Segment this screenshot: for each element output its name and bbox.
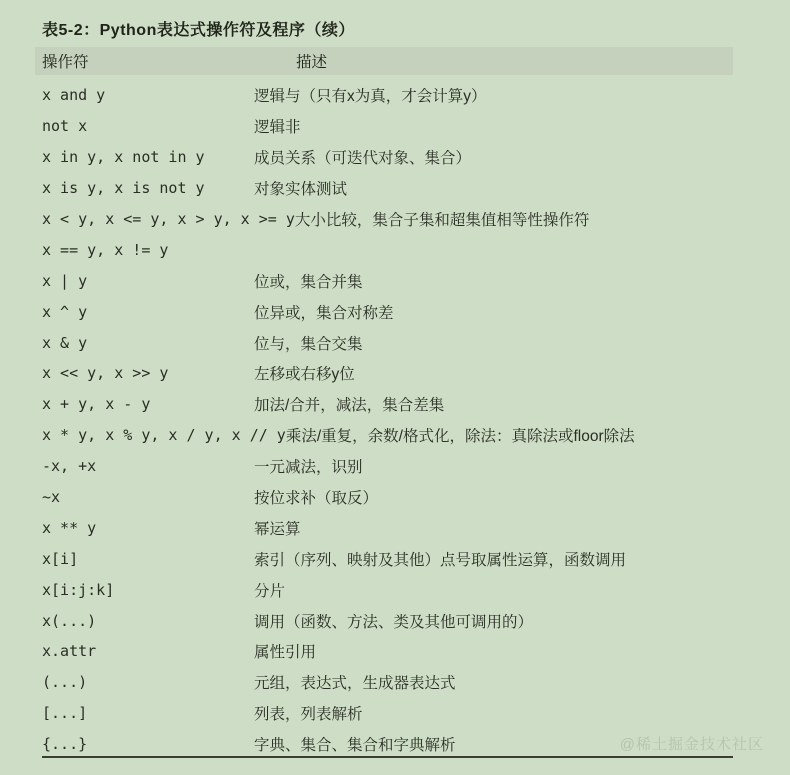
- table-row: x.attr属性引用: [0, 636, 790, 667]
- table-row: x ** y幂运算: [0, 512, 790, 543]
- operator-cell: x < y, x <= y, x > y, x >= y: [0, 210, 295, 228]
- description-cell: 逻辑非: [254, 115, 790, 137]
- description-cell: 调用（函数、方法、类及其他可调用的）: [254, 610, 790, 632]
- operator-cell: x + y, x - y: [0, 395, 254, 413]
- table-row: x < y, x <= y, x > y, x >= y大小比较，集合子集和超集…: [0, 204, 790, 235]
- description-cell: 位或，集合并集: [254, 270, 790, 292]
- table-body: x and y逻辑与（只有x为真，才会计算y）not x逻辑非x in y, x…: [0, 80, 790, 760]
- description-cell: 按位求补（取反）: [254, 486, 790, 508]
- description-cell: 一元减法，识别: [254, 455, 790, 477]
- description-cell: 左移或右移y位: [254, 362, 790, 384]
- operator-cell: x * y, x % y, x / y, x // y: [0, 426, 286, 444]
- operator-cell: x & y: [0, 334, 254, 352]
- watermark: @稀土掘金技术社区: [620, 733, 764, 754]
- description-cell: 幂运算: [254, 517, 790, 539]
- description-cell: 分片: [254, 579, 790, 601]
- table-row: x[i]索引（序列、映射及其他）点号取属性运算，函数调用: [0, 543, 790, 574]
- operator-cell: x.attr: [0, 642, 254, 660]
- description-cell: 加法/合并，减法，集合差集: [254, 393, 790, 415]
- table-row: x & y位与，集合交集: [0, 327, 790, 358]
- table-row: x + y, x - y加法/合并，减法，集合差集: [0, 389, 790, 420]
- operator-cell: x << y, x >> y: [0, 364, 254, 382]
- page-title: 表5-2：Python表达式操作符及程序（续）: [42, 17, 355, 40]
- operator-cell: not x: [0, 117, 254, 135]
- description-cell: 索引（序列、映射及其他）点号取属性运算，函数调用: [254, 548, 790, 570]
- table-row: x | y位或，集合并集: [0, 265, 790, 296]
- operator-cell: x | y: [0, 272, 254, 290]
- description-cell: 乘法/重复，余数/格式化，除法：真除法或floor除法: [286, 424, 790, 446]
- book-page: 表5-2：Python表达式操作符及程序（续） 操作符 描述 x and y逻辑…: [0, 0, 790, 775]
- table-row: x ^ y位异或，集合对称差: [0, 296, 790, 327]
- table-row: not x逻辑非: [0, 111, 790, 142]
- description-cell: 成员关系（可迭代对象、集合）: [254, 146, 790, 168]
- description-cell: 位与，集合交集: [254, 332, 790, 354]
- operator-cell: x is y, x is not y: [0, 179, 254, 197]
- operator-cell: x in y, x not in y: [0, 148, 254, 166]
- operator-cell: x ** y: [0, 519, 254, 537]
- description-cell: 对象实体测试: [254, 177, 790, 199]
- description-cell: 逻辑与（只有x为真，才会计算y）: [254, 84, 790, 106]
- table-row: x and y逻辑与（只有x为真，才会计算y）: [0, 80, 790, 111]
- description-cell: 列表，列表解析: [254, 702, 790, 724]
- column-header-operator: 操作符: [42, 50, 89, 72]
- table-row: x(...)调用（函数、方法、类及其他可调用的）: [0, 605, 790, 636]
- operator-cell: {...}: [0, 735, 254, 753]
- operator-cell: ~x: [0, 488, 254, 506]
- description-cell: 属性引用: [254, 640, 790, 662]
- description-cell: 元组，表达式，生成器表达式: [254, 671, 790, 693]
- operator-cell: (...): [0, 673, 254, 691]
- operator-cell: [...]: [0, 704, 254, 722]
- table-row: -x, +x一元减法，识别: [0, 451, 790, 482]
- operator-cell: x ^ y: [0, 303, 254, 321]
- column-header-description: 描述: [296, 50, 327, 72]
- table-row: x[i:j:k]分片: [0, 574, 790, 605]
- table-row: ~x按位求补（取反）: [0, 482, 790, 513]
- table-header-row: 操作符 描述: [35, 47, 733, 75]
- operator-cell: -x, +x: [0, 457, 254, 475]
- table-bottom-rule: [42, 756, 733, 758]
- operator-cell: x[i:j:k]: [0, 581, 254, 599]
- description-cell: 大小比较，集合子集和超集值相等性操作符: [295, 208, 790, 230]
- table-row: x << y, x >> y左移或右移y位: [0, 358, 790, 389]
- operator-cell: x[i]: [0, 550, 254, 568]
- table-row: (...)元组，表达式，生成器表达式: [0, 667, 790, 698]
- table-row: x is y, x is not y对象实体测试: [0, 173, 790, 204]
- operator-cell: x(...): [0, 612, 254, 630]
- table-row: x * y, x % y, x / y, x // y乘法/重复，余数/格式化，…: [0, 420, 790, 451]
- operator-cell: x and y: [0, 86, 254, 104]
- table-row: x == y, x != y: [0, 234, 790, 265]
- table-row: x in y, x not in y成员关系（可迭代对象、集合）: [0, 142, 790, 173]
- operator-cell: x == y, x != y: [0, 241, 254, 259]
- description-cell: 位异或，集合对称差: [254, 301, 790, 323]
- table-row: [...]列表，列表解析: [0, 698, 790, 729]
